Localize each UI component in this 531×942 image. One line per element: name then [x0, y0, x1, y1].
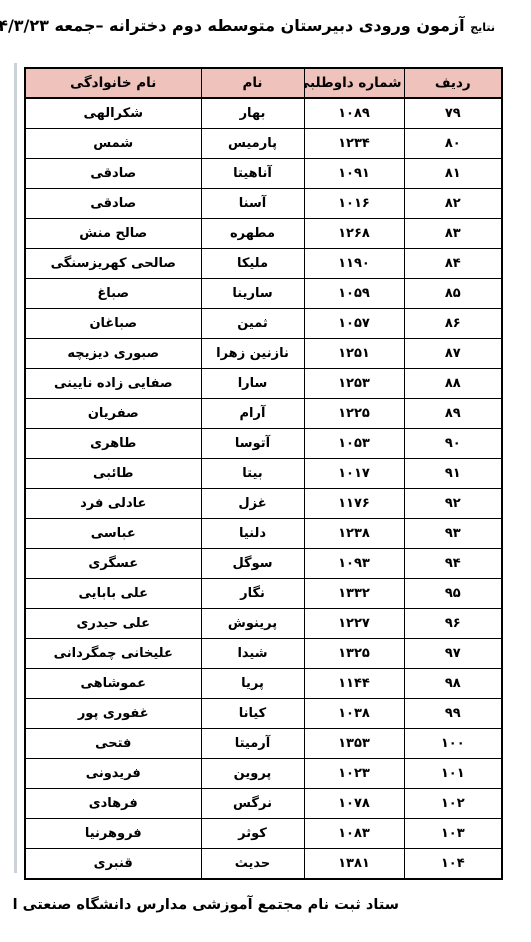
results-table: ردیف شماره داوطلبی نام نام خانوادگی ۷۹۱۰… [24, 67, 503, 880]
table-row: ۸۵۱۰۵۹ساریناصباغ [25, 279, 502, 309]
candidate-number-cell: ۱۰۸۳ [304, 819, 404, 849]
radif-cell: ۹۶ [404, 609, 502, 639]
table-row: ۹۳۱۲۳۸دلنیاعباسی [25, 519, 502, 549]
candidate-number-cell: ۱۰۵۹ [304, 279, 404, 309]
family-name-cell: طائبی [25, 459, 201, 489]
radif-cell: ۹۰ [404, 429, 502, 459]
radif-cell: ۸۹ [404, 399, 502, 429]
candidate-number-cell: ۱۱۴۴ [304, 669, 404, 699]
column-header-radif: ردیف [404, 68, 502, 98]
table-row: ۸۴۱۱۹۰ملیکاصالحی کهریزسنگی [25, 249, 502, 279]
family-name-cell: فتحی [25, 729, 201, 759]
family-name-cell: صبوری دیزیچه [25, 339, 201, 369]
family-name-cell: صالح منش [25, 219, 201, 249]
table-row: ۸۸۱۲۵۳ساراصفایی زاده نایینی [25, 369, 502, 399]
table-row: ۹۶۱۲۲۷پرینوشعلی حیدری [25, 609, 502, 639]
candidate-number-cell: ۱۱۷۶ [304, 489, 404, 519]
table-row: ۹۲۱۱۷۶غزلعادلی فرد [25, 489, 502, 519]
candidate-number-cell: ۱۲۲۷ [304, 609, 404, 639]
table-row: ۱۰۱۱۰۲۳پروینفریدونی [25, 759, 502, 789]
first-name-cell: آتوسا [201, 429, 304, 459]
radif-cell: ۱۰۳ [404, 819, 502, 849]
family-name-cell: عموشاهی [25, 669, 201, 699]
header-row: ردیف شماره داوطلبی نام نام خانوادگی [25, 68, 502, 98]
radif-cell: ۸۵ [404, 279, 502, 309]
first-name-cell: آناهیتا [201, 159, 304, 189]
table-row: ۷۹۱۰۸۹بهارشکرالهی [25, 98, 502, 129]
family-name-cell: غفوری پور [25, 699, 201, 729]
first-name-cell: آرام [201, 399, 304, 429]
table-row: ۹۴۱۰۹۳سوگلعسگری [25, 549, 502, 579]
family-name-cell: طاهری [25, 429, 201, 459]
radif-cell: ۱۰۲ [404, 789, 502, 819]
table-row: ۱۰۳۱۰۸۳کوثرفروهرنیا [25, 819, 502, 849]
radif-cell: ۹۸ [404, 669, 502, 699]
first-name-cell: نگار [201, 579, 304, 609]
family-name-cell: صالحی کهریزسنگی [25, 249, 201, 279]
radif-cell: ۹۷ [404, 639, 502, 669]
first-name-cell: آسنا [201, 189, 304, 219]
family-name-cell: عباسی [25, 519, 201, 549]
radif-cell: ۹۹ [404, 699, 502, 729]
family-name-cell: صباغ [25, 279, 201, 309]
radif-cell: ۹۵ [404, 579, 502, 609]
candidate-number-cell: ۱۲۶۸ [304, 219, 404, 249]
radif-cell: ۹۴ [404, 549, 502, 579]
first-name-cell: مطهره [201, 219, 304, 249]
table-row: ۸۱۱۰۹۱آناهیتاصادقی [25, 159, 502, 189]
first-name-cell: غزل [201, 489, 304, 519]
table-row: ۸۶۱۰۵۷ثمینصباغان [25, 309, 502, 339]
first-name-cell: پریا [201, 669, 304, 699]
candidate-number-cell: ۱۲۲۵ [304, 399, 404, 429]
first-name-cell: کوثر [201, 819, 304, 849]
footer-note: ستاد ثبت نام مجتمع آموزشی مدارس دانشگاه … [0, 897, 531, 913]
table-row: ۹۱۱۰۱۷بیتاطائبی [25, 459, 502, 489]
family-name-cell: عسگری [25, 549, 201, 579]
table-row: ۹۵۱۳۳۲نگارعلی بابایی [25, 579, 502, 609]
first-name-cell: نرگس [201, 789, 304, 819]
radif-cell: ۸۲ [404, 189, 502, 219]
radif-cell: ۹۲ [404, 489, 502, 519]
radif-cell: ۱۰۰ [404, 729, 502, 759]
candidate-number-cell: ۱۲۵۱ [304, 339, 404, 369]
first-name-cell: کیانا [201, 699, 304, 729]
first-name-cell: ثمین [201, 309, 304, 339]
candidate-number-cell: ۱۰۹۳ [304, 549, 404, 579]
candidate-number-cell: ۱۲۵۳ [304, 369, 404, 399]
table-row: ۸۲۱۰۱۶آسناصادقی [25, 189, 502, 219]
first-name-cell: پروین [201, 759, 304, 789]
radif-cell: ۸۶ [404, 309, 502, 339]
page-title-main: آزمون ورودی دبیرستان متوسطه دوم دخترانه … [0, 16, 465, 35]
page-title-prefix: نتایج [470, 21, 495, 34]
first-name-cell: پارمیس [201, 129, 304, 159]
radif-cell: ۸۳ [404, 219, 502, 249]
first-name-cell: ملیکا [201, 249, 304, 279]
radif-cell: ۹۳ [404, 519, 502, 549]
family-name-cell: صفایی زاده نایینی [25, 369, 201, 399]
table-row: ۱۰۴۱۳۸۱حدیثقنبری [25, 849, 502, 880]
family-name-cell: علیخانی چمگردانی [25, 639, 201, 669]
candidate-number-cell: ۱۰۷۸ [304, 789, 404, 819]
radif-cell: ۹۱ [404, 459, 502, 489]
family-name-cell: شمس [25, 129, 201, 159]
first-name-cell: سارینا [201, 279, 304, 309]
family-name-cell: فرهادی [25, 789, 201, 819]
family-name-cell: فروهرنیا [25, 819, 201, 849]
family-name-cell: علی حیدری [25, 609, 201, 639]
first-name-cell: دلنیا [201, 519, 304, 549]
radif-cell: ۸۴ [404, 249, 502, 279]
first-name-cell: سوگل [201, 549, 304, 579]
radif-cell: ۸۰ [404, 129, 502, 159]
first-name-cell: شیدا [201, 639, 304, 669]
family-name-cell: علی بابایی [25, 579, 201, 609]
radif-cell: ۱۰۴ [404, 849, 502, 880]
family-name-cell: عادلی فرد [25, 489, 201, 519]
candidate-number-cell: ۱۳۵۳ [304, 729, 404, 759]
family-name-cell: فریدونی [25, 759, 201, 789]
family-name-cell: صادقی [25, 189, 201, 219]
first-name-cell: سارا [201, 369, 304, 399]
candidate-number-cell: ۱۳۲۵ [304, 639, 404, 669]
results-tbody: ۷۹۱۰۸۹بهارشکرالهی۸۰۱۲۳۴پارمیسشمس۸۱۱۰۹۱آن… [25, 98, 502, 879]
first-name-cell: پرینوش [201, 609, 304, 639]
family-name-cell: صفریان [25, 399, 201, 429]
candidate-number-cell: ۱۰۱۶ [304, 189, 404, 219]
column-header-candidate-number: شماره داوطلبی [304, 68, 404, 98]
candidate-number-cell: ۱۰۳۸ [304, 699, 404, 729]
scan-artifact-line [14, 63, 17, 873]
first-name-cell: آرمیتا [201, 729, 304, 759]
candidate-number-cell: ۱۳۳۲ [304, 579, 404, 609]
family-name-cell: قنبری [25, 849, 201, 880]
candidate-number-cell: ۱۰۲۳ [304, 759, 404, 789]
column-header-family-name: نام خانوادگی [25, 68, 201, 98]
results-table-header: ردیف شماره داوطلبی نام نام خانوادگی [25, 68, 502, 98]
candidate-number-cell: ۱۰۹۱ [304, 159, 404, 189]
table-row: ۸۹۱۲۲۵آرامصفریان [25, 399, 502, 429]
table-row: ۸۳۱۲۶۸مطهرهصالح منش [25, 219, 502, 249]
candidate-number-cell: ۱۰۵۳ [304, 429, 404, 459]
column-header-first-name: نام [201, 68, 304, 98]
table-row: ۹۸۱۱۴۴پریاعموشاهی [25, 669, 502, 699]
candidate-number-cell: ۱۳۸۱ [304, 849, 404, 880]
radif-cell: ۸۱ [404, 159, 502, 189]
first-name-cell: بیتا [201, 459, 304, 489]
table-row: ۱۰۲۱۰۷۸نرگسفرهادی [25, 789, 502, 819]
candidate-number-cell: ۱۱۹۰ [304, 249, 404, 279]
radif-cell: ۷۹ [404, 98, 502, 129]
candidate-number-cell: ۱۲۳۸ [304, 519, 404, 549]
table-row: ۱۰۰۱۳۵۳آرمیتافتحی [25, 729, 502, 759]
table-row: ۸۷۱۲۵۱نازنین زهراصبوری دیزیچه [25, 339, 502, 369]
page-title: نتایج آزمون ورودی دبیرستان متوسطه دوم دخ… [0, 0, 531, 41]
family-name-cell: شکرالهی [25, 98, 201, 129]
table-row: ۹۷۱۳۲۵شیداعلیخانی چمگردانی [25, 639, 502, 669]
table-row: ۹۹۱۰۳۸کیاناغفوری پور [25, 699, 502, 729]
table-row: ۸۰۱۲۳۴پارمیسشمس [25, 129, 502, 159]
first-name-cell: حدیث [201, 849, 304, 880]
candidate-number-cell: ۱۰۵۷ [304, 309, 404, 339]
radif-cell: ۸۸ [404, 369, 502, 399]
radif-cell: ۸۷ [404, 339, 502, 369]
family-name-cell: صباغان [25, 309, 201, 339]
candidate-number-cell: ۱۰۱۷ [304, 459, 404, 489]
candidate-number-cell: ۱۲۳۴ [304, 129, 404, 159]
radif-cell: ۱۰۱ [404, 759, 502, 789]
family-name-cell: صادقی [25, 159, 201, 189]
table-row: ۹۰۱۰۵۳آتوساطاهری [25, 429, 502, 459]
candidate-number-cell: ۱۰۸۹ [304, 98, 404, 129]
first-name-cell: بهار [201, 98, 304, 129]
first-name-cell: نازنین زهرا [201, 339, 304, 369]
